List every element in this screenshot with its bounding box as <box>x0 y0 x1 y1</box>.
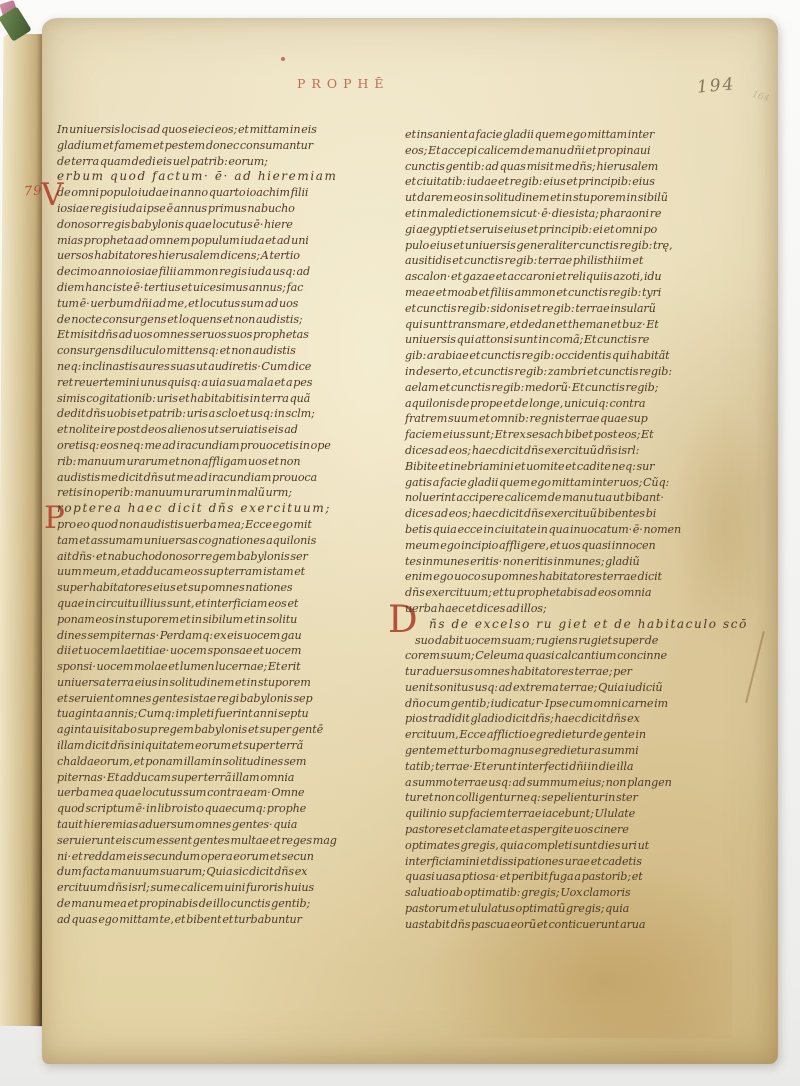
text-line: noluerint accipere calicem de manu tua u… <box>405 490 743 506</box>
text-line: ait dñs· et nabuchodonosor regem babylon… <box>57 549 391 565</box>
text-line: suo dabit uocem suam; rugiens rugiet sup… <box>405 633 743 649</box>
text-line: tur et non colligentur neq: sepelientur … <box>405 790 743 806</box>
text-line: et seruient omnes gentes istae regi baby… <box>57 691 391 707</box>
text-line: et ciuitatib: iudae et regib: eius et pr… <box>405 174 743 190</box>
text-line: erbum quod factum· ē· ad hieremiam <box>57 169 391 185</box>
text-line: pastorum et ululatus optimatũ gregis; qu… <box>405 901 743 917</box>
text-line: aquilonis de prope et de longe, unicuiq:… <box>405 396 743 412</box>
text-column-left: In uniuersis locis ad quos eieci eos; et… <box>57 122 391 928</box>
text-line: super habitatores eius et sup omnes nati… <box>57 580 391 596</box>
text-line: uniuersa terra eius in solitudinem et in… <box>57 675 391 691</box>
text-line: et insanient a facie gladii quem ego mit… <box>405 127 743 143</box>
text-line: et nolite ire post deos alienos ut serui… <box>57 422 391 438</box>
text-line: gentem et turbo magnus egredietur a summ… <box>405 743 743 759</box>
text-line: dño cum gentib; iudicatur· Ipse cum omni… <box>405 696 743 712</box>
text-line: optimates gregis, quia completi sunt die… <box>405 838 743 854</box>
text-line: tam et assumam uniuersas cognationes aqu… <box>57 533 391 549</box>
text-line: faciem eius sunt; Et rex sesach bibet po… <box>405 427 743 443</box>
text-line: uastabit dñs pascua eorũ et conticuerunt… <box>405 917 743 933</box>
text-line: Bibite et inebriamini et uomite et cadit… <box>405 459 743 475</box>
binding-ornament-fragment <box>0 0 34 48</box>
text-line: uum meum, et adducam eos sup terram ista… <box>57 564 391 580</box>
text-line: saluatio ab optimatib: gregis; Uox clamo… <box>405 885 743 901</box>
text-line: fratrem suum et omnib: regnis terrae qua… <box>405 411 743 427</box>
ink-speck <box>281 57 285 61</box>
text-line: ut darem eos in solitudinem et in stupor… <box>405 190 743 206</box>
text-line: dñs exercituum; et tu prophetabis ad eos… <box>405 585 743 601</box>
text-line: tauit hieremias aduersum omnes gentes· q… <box>57 817 391 833</box>
text-line: quasi uasa ptiosa· et peribit fuga a pas… <box>405 869 743 885</box>
text-line: ropterea haec dicit dñs exercituum; <box>57 501 391 517</box>
text-line: ñs de excelso ru giet et de habitaculo s… <box>405 617 743 633</box>
text-line: pulo eius et uniuersis generaliter cunct… <box>405 238 743 254</box>
text-line: pro eo quod non audistis uerba mea; Ecce… <box>57 517 391 533</box>
text-line: enim ego uoco sup omnes habitatores terr… <box>405 569 743 585</box>
text-line: corem suum; Celeuma quasi calcantium con… <box>405 648 743 664</box>
text-line: neq: inclinastis aures suas ut audiretis… <box>57 359 391 375</box>
folio-number: 194 <box>696 74 736 97</box>
text-line: uersos habitatores hierusalem dicens; A … <box>57 248 391 264</box>
text-line: pastores et clamate et aspergite uos cin… <box>405 822 743 838</box>
text-line: a summo terrae usq: ad summum eius; non … <box>405 775 743 791</box>
text-line: tes inmunes eritis· non eritis inmunes; … <box>405 554 743 570</box>
text-line: dines sempiternas· Perdamq: ex eis uocem… <box>57 628 391 644</box>
manuscript-photo: PROPHĒ 194 164 79 V P D In uniuersis loc… <box>0 0 800 1086</box>
text-line: betis quia ecce in ciuitate in qua inuoc… <box>405 522 743 538</box>
text-line: uniuersis qui attonsi sunt in comã; Et c… <box>405 332 743 348</box>
text-line: de terra quam dedi eis uel patrib: eorum… <box>57 154 391 170</box>
text-line: seruierunt eis cum essent gentes multae … <box>57 833 391 849</box>
text-line: de nocte consurgens et loquens et non au… <box>57 312 391 328</box>
text-line: quod scriptum ē· in libro isto quaecumq:… <box>57 801 391 817</box>
text-line: qui sunt transmare, et dedan et theman e… <box>405 317 743 333</box>
text-line: ascalon· et gazae et accaroni et reliqui… <box>405 269 743 285</box>
text-line: uerba mea quae locutus sum contra eam· O… <box>57 785 391 801</box>
text-line: simis cogitationib: uris et habitabitis … <box>57 391 391 407</box>
text-line: rib: manuum urarum et non affligam uos e… <box>57 454 391 470</box>
text-line: gatis a facie gladii quem ego mittam int… <box>405 475 743 491</box>
text-line: tur aduersus omnes habitatores terrae; p… <box>405 664 743 680</box>
text-line: sponsi· uocem molae et lumen lucernae; E… <box>57 659 391 675</box>
text-line: ni· et reddam eis secundum opera eorum e… <box>57 849 391 865</box>
text-line: interficiamini et dissipationes urae et … <box>405 854 743 870</box>
text-line: ad quas ego mittam te, et bibent et turb… <box>57 912 391 928</box>
text-line: diem hanc iste ē· tertius et uicesimus a… <box>57 280 391 296</box>
text-line: donosor regis babylonis quae locutus ē· … <box>57 217 391 233</box>
text-line: tuaginta annis; Cumq: impleti fuerint an… <box>57 706 391 722</box>
text-line: aelam et cunctis regib: medorũ· Et cunct… <box>405 380 743 396</box>
text-line: cunctis gentib: ad quas misit me dñs; hi… <box>405 159 743 175</box>
text-line: consurgens diluculo mittensq: et non aud… <box>57 343 391 359</box>
text-line: Et misit dñs ad uos omnes seruos suos pr… <box>57 327 391 343</box>
text-line: ercituum, Ecce afflictio egredietur de g… <box>405 727 743 743</box>
running-title: PROPHĒ <box>297 76 390 91</box>
text-line: illam dicit dñs iniquitatem eorum et sup… <box>57 738 391 754</box>
text-line: retis in operib: manuum urarum in malũ u… <box>57 485 391 501</box>
text-line: gi aegypti et seruis eius et principib: … <box>405 222 743 238</box>
text-line: ponam eos in stuporem et in sibilum et i… <box>57 612 391 628</box>
text-line: ausitidis et cunctis regib: terrae phili… <box>405 253 743 269</box>
text-line: mias propheta ad omnem populum iuda et a… <box>57 233 391 249</box>
text-line: quae in circuitu illius sunt, et interfi… <box>57 596 391 612</box>
text-line: oretisq: eos neq: me ad iracundiam prouo… <box>57 438 391 454</box>
text-line: in deserto, et cunctis regib: zambri et … <box>405 364 743 380</box>
text-line: piternas· Et adducam super terrã illam o… <box>57 770 391 786</box>
text-line: meum ego incipio affligere, et uos quasi… <box>405 538 743 554</box>
text-line: uenit sonitus usq: ad extrema terrae; Qu… <box>405 680 743 696</box>
text-line: tum ē· uerbum dñi ad me, et locutus sum … <box>57 296 391 312</box>
text-line: uerba haec et dices ad illos; <box>405 601 743 617</box>
text-line: tatib; terrae· Et erunt interfecti dñi i… <box>405 759 743 775</box>
text-line: aginta uisitabo sup regem babylonis et s… <box>57 722 391 738</box>
text-line: dices ad eos; haec dicit dñs exercituũ b… <box>405 506 743 522</box>
text-line: dedit dñs uobis et patrib: uris a sclo e… <box>57 406 391 422</box>
text-line: de manu mea et propinabis de illo cuncti… <box>57 896 391 912</box>
text-line: meae et moab et filiis ammon et cunctis … <box>405 285 743 301</box>
text-line: et in maledictionem sicut· ē· dies ista;… <box>405 206 743 222</box>
text-line: dii et uocem laetitiae· uocem sponsae et… <box>57 643 391 659</box>
text-line: pios tradidit gladio dicit dñs; haec dic… <box>405 711 743 727</box>
text-line: In uniuersis locis ad quos eieci eos; et… <box>57 122 391 138</box>
text-line: eos; Et accepi calicem de manu dñi et pr… <box>405 143 743 159</box>
text-line: audistis me dicit dñs ut me ad iracundia… <box>57 470 391 486</box>
text-line: gladium et famem et pestem donec consuma… <box>57 138 391 154</box>
text-line: de omni populo iudae in anno quarto ioac… <box>57 185 391 201</box>
text-line: decimo anno iosiae filii ammon regis iud… <box>57 264 391 280</box>
text-line: ret reuertemini unusquisq: a uia sua mal… <box>57 375 391 391</box>
text-line: ercituum dñs isrl; sume calicem uini fur… <box>57 880 391 896</box>
text-line: dices ad eos; haec dicit dñs exercituũ d… <box>405 443 743 459</box>
text-line: quilinio sup faciem terrae iacebunt; Ulu… <box>405 806 743 822</box>
text-line: dum facta manuum suarum; Quia sic dicit … <box>57 864 391 880</box>
text-line: et cunctis regib: sidonis et regib: terr… <box>405 301 743 317</box>
text-line: gib: arabiae et cunctis regib: occidenti… <box>405 348 743 364</box>
text-line: chaldaeorum, et ponam illam in solitudin… <box>57 754 391 770</box>
text-line: iosiae regis iuda ipse ē annus primus na… <box>57 201 391 217</box>
text-column-right: et insanient a facie gladii quem ego mit… <box>405 127 743 933</box>
